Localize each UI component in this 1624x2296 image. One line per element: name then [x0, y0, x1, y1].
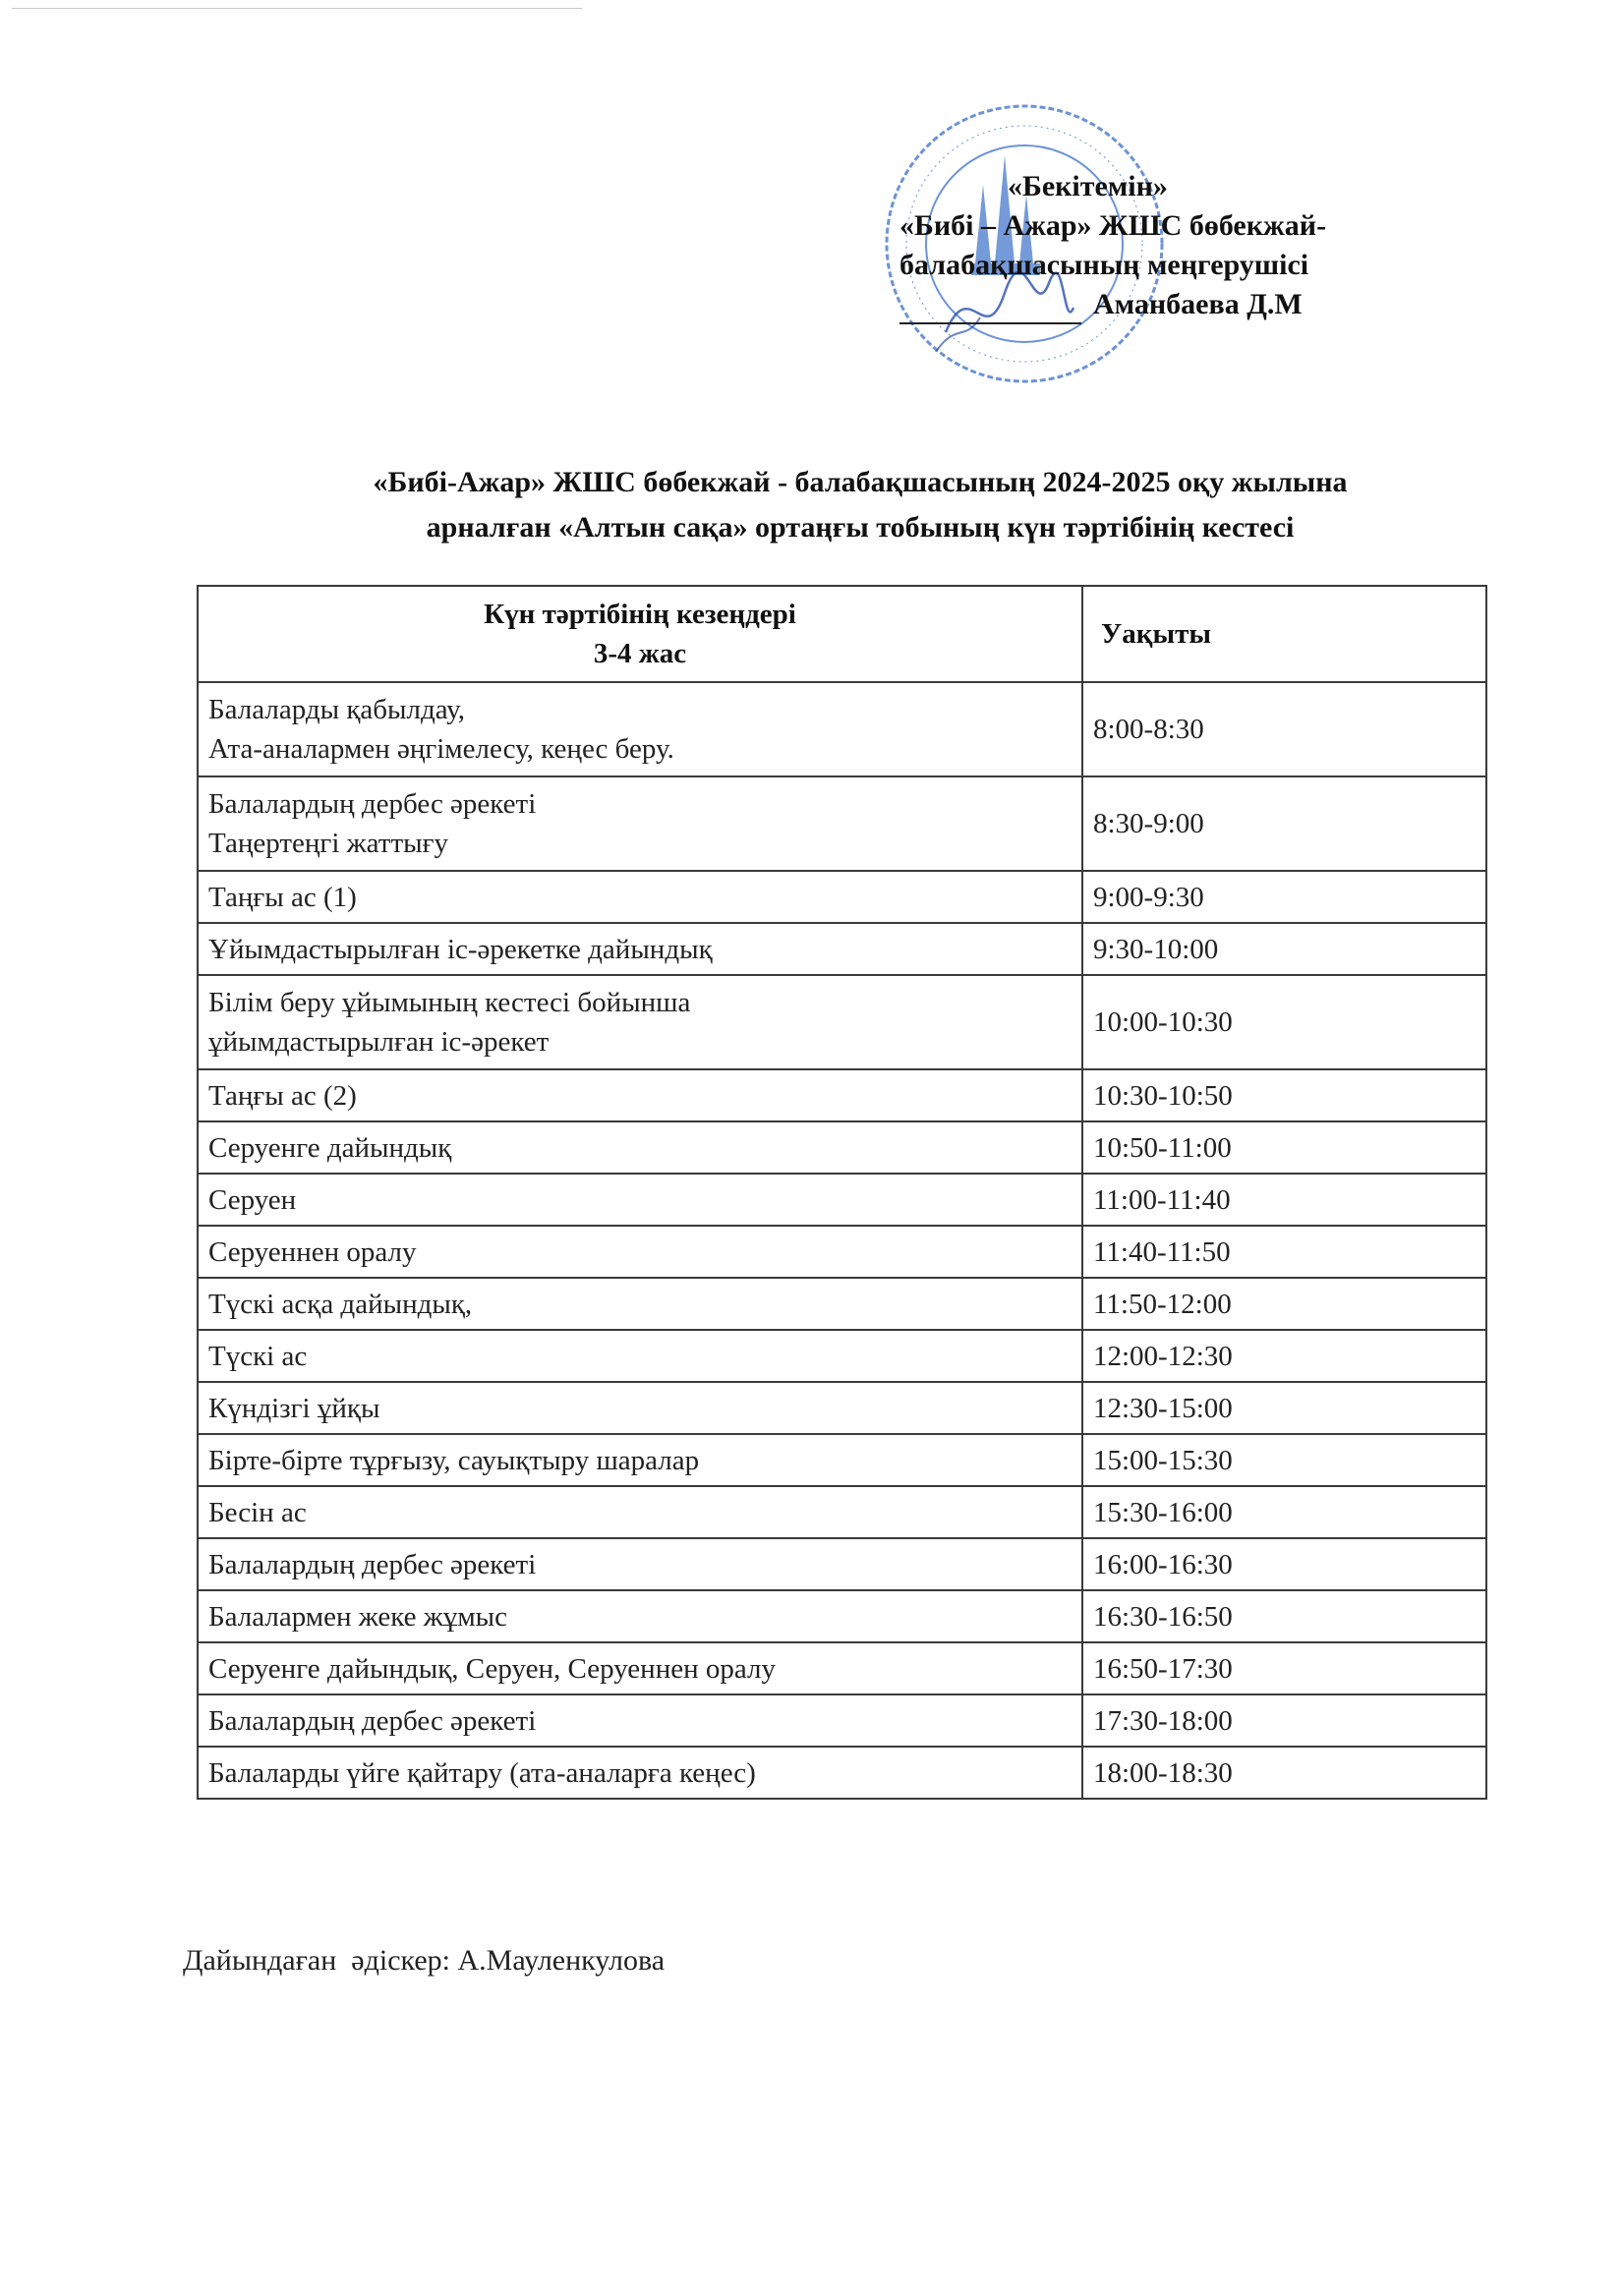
table-row: Серуенге дайындық10:50-11:00 — [198, 1121, 1486, 1174]
daily-schedule-table: Күн тәртібінің кезеңдері 3-4 жас Уақыты … — [197, 585, 1487, 1800]
approval-block: «Бекітемін» «Бибі – Ажар» ЖШС бөбекжай- … — [899, 167, 1450, 324]
activity-text: Балаларды үйге қайтару (ата-аналарға кең… — [208, 1753, 1072, 1793]
time-cell: 15:30-16:00 — [1082, 1486, 1486, 1538]
time-cell: 12:00-12:30 — [1082, 1330, 1486, 1382]
activity-cell: Серуеннен оралу — [198, 1226, 1082, 1278]
activity-text: Таңғы ас (1) — [208, 878, 1072, 917]
activity-cell: Бесін ас — [198, 1486, 1082, 1538]
table-body: Балаларды қабылдау,Ата-аналармен әңгімел… — [198, 682, 1486, 1799]
activity-text: Серуенге дайындық, Серуен, Серуеннен ора… — [208, 1649, 1072, 1689]
time-cell: 8:30-9:00 — [1082, 776, 1486, 871]
activity-text: Балалардың дербес әрекеті — [208, 1701, 1072, 1741]
activity-cell: Ұйымдастырылған іс-әрекетке дайындық — [198, 923, 1082, 975]
table-row: Түскі асқа дайындық,11:50-12:00 — [198, 1278, 1486, 1330]
prepared-by: Дайындаған әдіскер: А.Мауленкулова — [183, 1944, 665, 1978]
activity-cell: Түскі асқа дайындық, — [198, 1278, 1082, 1330]
activity-text: Ата-аналармен әңгімелесу, кеңес беру. — [208, 729, 1072, 769]
title-line-1: «Бибі-Ажар» ЖШС бөбекжай - балабақшасыны… — [177, 460, 1543, 505]
table-row: Түскі ас12:00-12:30 — [198, 1330, 1486, 1382]
activity-cell: Түскі ас — [198, 1330, 1082, 1382]
table-row: Балалардың дербес әрекетіТаңертеңгі жатт… — [198, 776, 1486, 871]
column-header-age: 3-4 жас — [208, 634, 1072, 673]
table-row: Балалардың дербес әрекеті17:30-18:00 — [198, 1694, 1486, 1747]
time-cell: 15:00-15:30 — [1082, 1434, 1486, 1486]
activity-text: Түскі асқа дайындық, — [208, 1285, 1072, 1324]
time-cell: 8:00-8:30 — [1082, 682, 1486, 776]
time-cell: 16:30-16:50 — [1082, 1590, 1486, 1642]
activity-text: Бесін ас — [208, 1493, 1072, 1532]
activity-text: Таңертеңгі жаттығу — [208, 824, 1072, 863]
approval-position-line: балабақшасының меңгерушісі — [899, 246, 1450, 285]
table-row: Балаларды үйге қайтару (ата-аналарға кең… — [198, 1747, 1486, 1799]
activity-cell: Балалармен жеке жұмыс — [198, 1590, 1082, 1642]
time-cell: 12:30-15:00 — [1082, 1382, 1486, 1434]
approval-heading: «Бекітемін» — [899, 167, 1450, 206]
activity-cell: Білім беру ұйымының кестесі бойыншаұйымд… — [198, 975, 1082, 1069]
signature-underline — [899, 293, 1081, 324]
activity-cell: Балалардың дербес әрекеті — [198, 1694, 1082, 1747]
table-row: Күндізгі ұйқы12:30-15:00 — [198, 1382, 1486, 1434]
activity-text: Балалардың дербес әрекеті — [208, 784, 1072, 824]
time-cell: 9:00-9:30 — [1082, 871, 1486, 923]
table-header-row: Күн тәртібінің кезеңдері 3-4 жас Уақыты — [198, 586, 1486, 682]
table-row: Таңғы ас (1)9:00-9:30 — [198, 871, 1486, 923]
activity-text: Түскі ас — [208, 1337, 1072, 1376]
activity-text: ұйымдастырылған іс-әрекет — [208, 1022, 1072, 1062]
activity-cell: Таңғы ас (1) — [198, 871, 1082, 923]
activity-cell: Балалардың дербес әрекеті — [198, 1538, 1082, 1590]
scan-artifact-line — [12, 8, 582, 9]
title-line-2: арналған «Алтын сақа» ортаңғы тобының кү… — [177, 505, 1543, 550]
time-cell: 10:50-11:00 — [1082, 1121, 1486, 1174]
activity-cell: Таңғы ас (2) — [198, 1069, 1082, 1121]
document-title: «Бибі-Ажар» ЖШС бөбекжай - балабақшасыны… — [177, 460, 1543, 550]
time-cell: 16:50-17:30 — [1082, 1642, 1486, 1694]
activity-text: Балалардың дербес әрекеті — [208, 1545, 1072, 1584]
activity-cell: Серуенге дайындық — [198, 1121, 1082, 1174]
activity-text: Таңғы ас (2) — [208, 1076, 1072, 1116]
time-cell: 17:30-18:00 — [1082, 1694, 1486, 1747]
activity-text: Ұйымдастырылған іс-әрекетке дайындық — [208, 930, 1072, 969]
table-row: Таңғы ас (2)10:30-10:50 — [198, 1069, 1486, 1121]
activity-text: Серуен — [208, 1180, 1072, 1220]
time-cell: 16:00-16:30 — [1082, 1538, 1486, 1590]
table-row: Білім беру ұйымының кестесі бойыншаұйымд… — [198, 975, 1486, 1069]
time-cell: 10:00-10:30 — [1082, 975, 1486, 1069]
approval-signature-line: Аманбаева Д.М — [899, 285, 1450, 324]
table-row: Бірте-бірте тұрғызу, сауықтыру шаралар15… — [198, 1434, 1486, 1486]
table-row: Балалардың дербес әрекеті16:00-16:30 — [198, 1538, 1486, 1590]
table-row: Ұйымдастырылған іс-әрекетке дайындық9:30… — [198, 923, 1486, 975]
activity-cell: Бірте-бірте тұрғызу, сауықтыру шаралар — [198, 1434, 1082, 1486]
activity-cell: Серуен — [198, 1174, 1082, 1226]
time-cell: 11:40-11:50 — [1082, 1226, 1486, 1278]
time-cell: 11:00-11:40 — [1082, 1174, 1486, 1226]
table-row: Балаларды қабылдау,Ата-аналармен әңгімел… — [198, 682, 1486, 776]
activity-text: Серуеннен оралу — [208, 1233, 1072, 1272]
activity-text: Бірте-бірте тұрғызу, сауықтыру шаралар — [208, 1441, 1072, 1480]
table-row: Серуенге дайындық, Серуен, Серуеннен ора… — [198, 1642, 1486, 1694]
column-header-activity-title: Күн тәртібінің кезеңдері — [208, 595, 1072, 634]
activity-text: Балаларды қабылдау, — [208, 690, 1072, 729]
activity-cell: Балаларды үйге қайтару (ата-аналарға кең… — [198, 1747, 1082, 1799]
column-header-activity: Күн тәртібінің кезеңдері 3-4 жас — [198, 586, 1082, 682]
time-cell: 11:50-12:00 — [1082, 1278, 1486, 1330]
table-row: Серуен11:00-11:40 — [198, 1174, 1486, 1226]
table-row: Балалармен жеке жұмыс16:30-16:50 — [198, 1590, 1486, 1642]
activity-text: Балалармен жеке жұмыс — [208, 1597, 1072, 1636]
activity-text: Серуенге дайындық — [208, 1128, 1072, 1168]
activity-text: Күндізгі ұйқы — [208, 1389, 1072, 1428]
time-cell: 10:30-10:50 — [1082, 1069, 1486, 1121]
table-row: Серуеннен оралу11:40-11:50 — [198, 1226, 1486, 1278]
table-row: Бесін ас15:30-16:00 — [198, 1486, 1486, 1538]
time-cell: 18:00-18:30 — [1082, 1747, 1486, 1799]
activity-cell: Күндізгі ұйқы — [198, 1382, 1082, 1434]
activity-cell: Серуенге дайындық, Серуен, Серуеннен ора… — [198, 1642, 1082, 1694]
signatory-name: Аманбаева Д.М — [1093, 285, 1303, 324]
activity-text: Білім беру ұйымының кестесі бойынша — [208, 983, 1072, 1022]
activity-cell: Балаларды қабылдау,Ата-аналармен әңгімел… — [198, 682, 1082, 776]
time-cell: 9:30-10:00 — [1082, 923, 1486, 975]
approval-org-line: «Бибі – Ажар» ЖШС бөбекжай- — [899, 206, 1450, 246]
activity-cell: Балалардың дербес әрекетіТаңертеңгі жатт… — [198, 776, 1082, 871]
column-header-time: Уақыты — [1082, 586, 1486, 682]
